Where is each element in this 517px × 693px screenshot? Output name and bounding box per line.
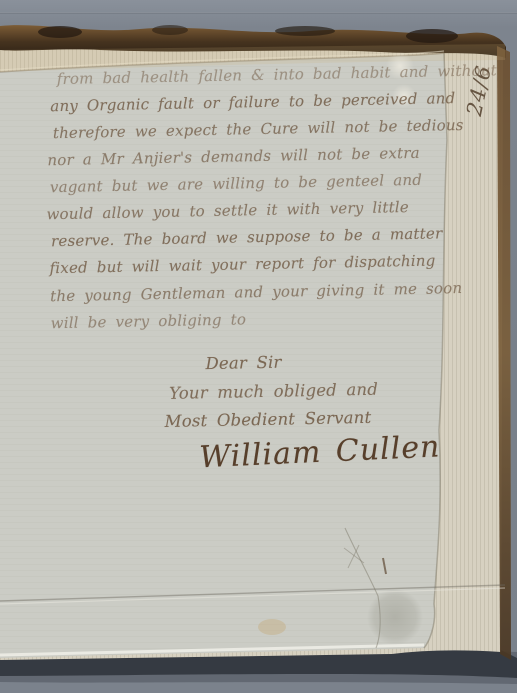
glue-spot xyxy=(386,52,414,80)
burn-blob xyxy=(275,26,335,36)
paper-artwork xyxy=(0,0,517,693)
letter-page-laid-texture xyxy=(0,53,447,658)
burn-blob xyxy=(152,25,188,35)
burn-blob xyxy=(38,26,82,38)
seal-stain xyxy=(367,589,423,645)
glue-spot xyxy=(392,84,416,108)
yellow-stain xyxy=(258,619,286,635)
manuscript-photo: 24/6 from bad health fallen & into bad h… xyxy=(0,0,517,693)
burn-blob xyxy=(406,29,458,43)
